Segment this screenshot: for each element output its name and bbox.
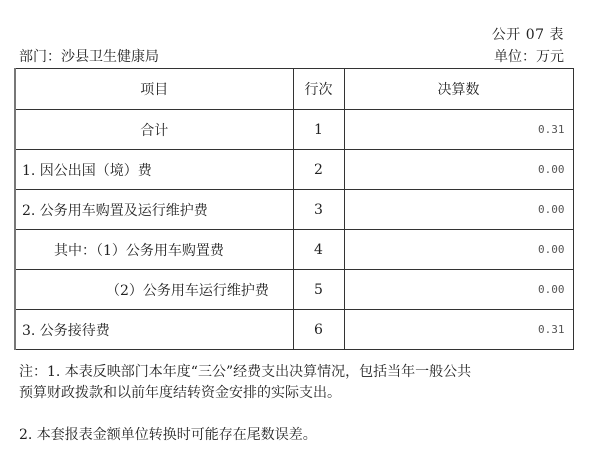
table-row-total: 合计 1 0.31 xyxy=(15,110,573,150)
note-1-line-2: 预算财政拨款和以前年度结转资金安排的实际支出。 xyxy=(19,383,579,404)
table-row: （2）公务用车运行维护费 5 0.00 xyxy=(15,270,573,310)
row-item: 3. 公务接待费 xyxy=(15,310,293,350)
row-line: 1 xyxy=(293,110,344,150)
row-amount: 0.31 xyxy=(344,110,573,150)
note-2: 2. 本套报表金额单位转换时可能存在尾数误差。 xyxy=(19,425,579,446)
row-line: 4 xyxy=(293,230,344,270)
row-line: 2 xyxy=(293,150,344,190)
row-item: 其中：（1）公务用车购置费 xyxy=(15,230,293,270)
table-row: 3. 公务接待费 6 0.31 xyxy=(15,310,573,350)
row-item: （2）公务用车运行维护费 xyxy=(15,270,293,310)
row-line: 5 xyxy=(293,270,344,310)
column-header-line: 行次 xyxy=(293,69,344,110)
row-amount: 0.00 xyxy=(344,190,573,230)
form-code: 公开 07 表 xyxy=(492,24,564,44)
column-header-amount: 决算数 xyxy=(344,69,573,110)
row-item: 合计 xyxy=(15,110,293,150)
row-amount: 0.00 xyxy=(344,150,573,190)
notes-section: 注：1. 本表反映部门本年度“三公”经费支出决算情况，包括当年一般公共 预算财政… xyxy=(19,362,579,446)
row-line: 6 xyxy=(293,310,344,350)
row-item: 2. 公务用车购置及运行维护费 xyxy=(15,190,293,230)
unit-label: 单位：万元 xyxy=(494,46,564,66)
row-item: 1. 因公出国（境）费 xyxy=(15,150,293,190)
row-amount: 0.00 xyxy=(344,230,573,270)
table-row: 1. 因公出国（境）费 2 0.00 xyxy=(15,150,573,190)
table-row: 其中：（1）公务用车购置费 4 0.00 xyxy=(15,230,573,270)
three-public-expenditure-table: 项目 行次 决算数 合计 1 0.31 1. 因公出国（境）费 2 0.00 2… xyxy=(14,68,574,350)
row-amount: 0.00 xyxy=(344,270,573,310)
table-header-row: 项目 行次 决算数 xyxy=(15,69,573,110)
note-1-line-1: 注：1. 本表反映部门本年度“三公”经费支出决算情况，包括当年一般公共 xyxy=(19,362,579,383)
row-amount: 0.31 xyxy=(344,310,573,350)
column-header-item: 项目 xyxy=(15,69,293,110)
department-label: 部门：沙县卫生健康局 xyxy=(19,46,159,66)
row-line: 3 xyxy=(293,190,344,230)
table-row: 2. 公务用车购置及运行维护费 3 0.00 xyxy=(15,190,573,230)
